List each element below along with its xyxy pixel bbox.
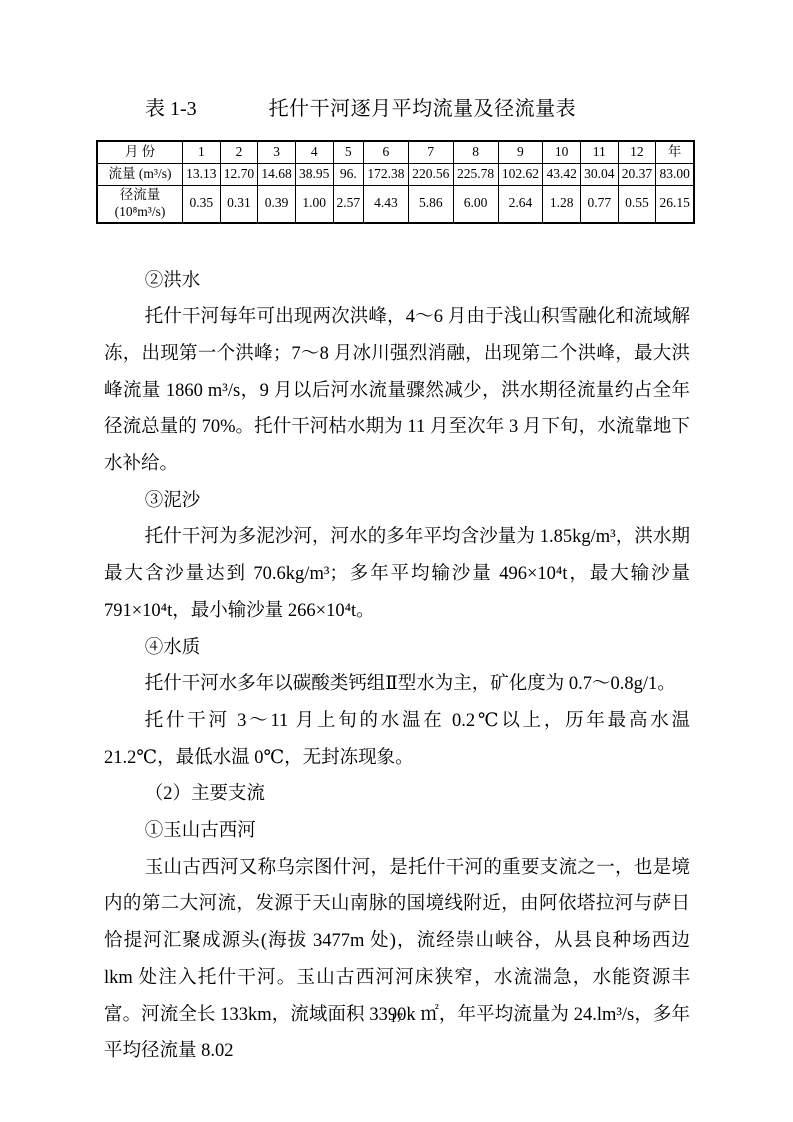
- table-cell: 12.70: [220, 163, 258, 185]
- table-cell: 6.00: [453, 185, 498, 222]
- table-cell: 0.35: [183, 185, 221, 222]
- table-cell: 5.86: [408, 185, 453, 222]
- table-header-cell: 4: [295, 141, 333, 163]
- table-row-runoff: 径流量(10⁸m³/s) 0.35 0.31 0.39 1.00 2.57 4.…: [97, 185, 694, 222]
- table-row-flow: 流量 (m³/s) 13.13 12.70 14.68 38.95 96. 17…: [97, 163, 694, 185]
- table-cell: 43.42: [543, 163, 581, 185]
- table-cell: 1.00: [295, 185, 333, 222]
- table-cell: 220.56: [408, 163, 453, 185]
- table-cell: 0.77: [580, 185, 618, 222]
- table-header-cell: 8: [453, 141, 498, 163]
- table-cell: 14.68: [258, 163, 296, 185]
- body-text: ②洪水 托什干河每年可出现两次洪峰，4～6 月由于浅山积雪融化和流域解冻，出现第…: [104, 263, 690, 1070]
- section-heading-flood: ②洪水: [104, 263, 690, 300]
- table-caption: 表 1-3 托什干河逐月平均流量及径流量表: [96, 96, 696, 122]
- table-cell: 0.39: [258, 185, 296, 222]
- table-cell: 225.78: [453, 163, 498, 185]
- table-header-cell: 月 份: [97, 141, 183, 163]
- table-cell: 2.57: [333, 185, 363, 222]
- table-cell: 0.55: [618, 185, 656, 222]
- paragraph-sediment: 托什干河为多泥沙河，河水的多年平均含沙量为 1.85kg/m³，洪水期最大含沙量…: [104, 519, 690, 629]
- paragraph-yushan: 玉山古西河又称乌宗图什河，是托什干河的重要支流之一，也是境内的第二大河流，发源于…: [104, 850, 690, 1070]
- table-header-cell: 年: [656, 141, 694, 163]
- table-cell: 26.15: [656, 185, 694, 222]
- table-cell: 83.00: [656, 163, 694, 185]
- document-page: 表 1-3 托什干河逐月平均流量及径流量表 月 份 1 2 3 4 5 6 7 …: [0, 0, 793, 1122]
- table-header-cell: 3: [258, 141, 296, 163]
- table-cell: 4.43: [364, 185, 409, 222]
- section-heading-sediment: ③泥沙: [104, 483, 690, 520]
- table-header-cell: 11: [580, 141, 618, 163]
- page-content: 表 1-3 托什干河逐月平均流量及径流量表 月 份 1 2 3 4 5 6 7 …: [96, 96, 696, 1070]
- paragraph-quality-1: 托什干河水多年以碳酸类钙组Ⅱ型水为主，矿化度为 0.7～0.8g/1。: [104, 666, 690, 703]
- table-caption-title: 托什干河逐月平均流量及径流量表: [269, 96, 577, 122]
- monthly-flow-table: 月 份 1 2 3 4 5 6 7 8 9 10 11 12 年 流量 (m³/…: [96, 140, 695, 224]
- table-cell: 0.31: [220, 185, 258, 222]
- table-cell: 172.38: [364, 163, 409, 185]
- table-cell: 20.37: [618, 163, 656, 185]
- table-header-cell: 7: [408, 141, 453, 163]
- table-cell: 2.64: [498, 185, 543, 222]
- table-header-cell: 10: [543, 141, 581, 163]
- table-cell: 13.13: [183, 163, 221, 185]
- row-label-runoff: 径流量(10⁸m³/s): [97, 185, 183, 222]
- table-cell: 38.95: [295, 163, 333, 185]
- table-cell: 30.04: [580, 163, 618, 185]
- section-heading-yushan: ①玉山古西河: [104, 813, 690, 850]
- row-label-flow: 流量 (m³/s): [97, 163, 183, 185]
- section-heading-quality: ④水质: [104, 630, 690, 667]
- table-header-cell: 9: [498, 141, 543, 163]
- paragraph-flood: 托什干河每年可出现两次洪峰，4～6 月由于浅山积雪融化和流域解冻，出现第一个洪峰…: [104, 299, 690, 483]
- table-header-cell: 1: [183, 141, 221, 163]
- table-header-cell: 12: [618, 141, 656, 163]
- table-cell: 102.62: [498, 163, 543, 185]
- paragraph-quality-2: 托什干河 3～11 月上旬的水温在 0.2℃以上，历年最高水温 21.2℃，最低…: [104, 703, 690, 776]
- table-header-row: 月 份 1 2 3 4 5 6 7 8 9 10 11 12 年: [97, 141, 694, 163]
- section-heading-tributaries: （2）主要支流: [104, 776, 690, 813]
- table-header-cell: 5: [333, 141, 363, 163]
- table-header-cell: 2: [220, 141, 258, 163]
- page-number: 17: [0, 1010, 793, 1026]
- table-header-cell: 6: [364, 141, 409, 163]
- table-caption-number: 表 1-3: [145, 96, 197, 122]
- table-cell: 96.: [333, 163, 363, 185]
- table-cell: 1.28: [543, 185, 581, 222]
